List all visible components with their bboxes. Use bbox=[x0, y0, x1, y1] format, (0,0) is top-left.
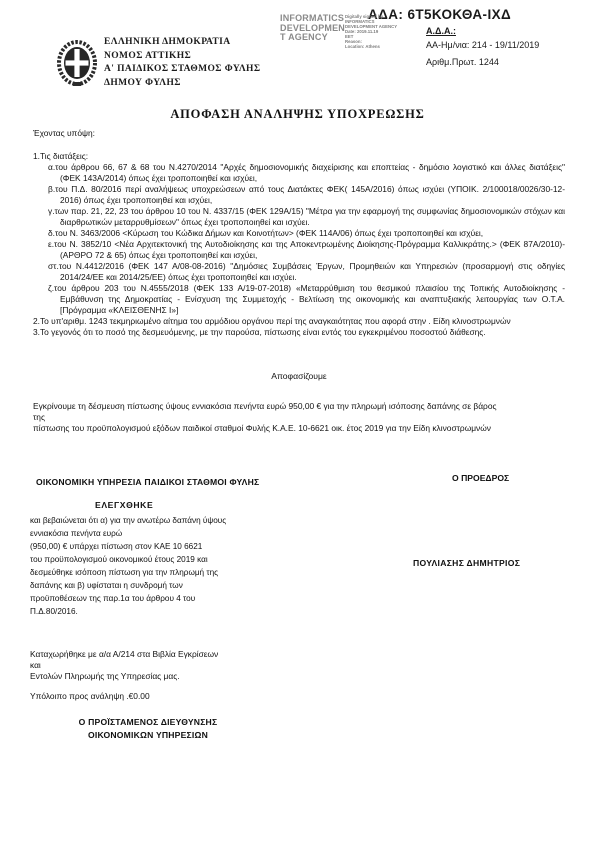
having-regard: Έχοντας υπόψη: bbox=[33, 128, 565, 139]
protocol-number: Αριθμ.Πρωτ. 1244 bbox=[426, 57, 539, 67]
finance-service-title: ΟΙΚΟΝΟΜΙΚΗ ΥΠΗΡΕΣΙΑ ΠΑΙΔΙΚΟΙ ΣΤΑΘΜΟΙ ΦΥΛ… bbox=[36, 477, 259, 487]
provision-item-b: β.του Π.Δ. 80/2016 περί αναλήψεως υποχρε… bbox=[48, 184, 565, 206]
provision-item-c: γ.των παρ. 21, 22, 23 του άρθρου 10 του … bbox=[48, 206, 565, 228]
decision-heading: Αποφασίζουμε bbox=[33, 371, 565, 382]
finance-director-title: Ο ΠΡΟΪΣΤΑΜΕΝΟΣ ΔΙΕΥΘΥΝΣΗΣ ΟΙΚΟΝΟΜΙΚΩΝ ΥΠ… bbox=[48, 716, 248, 742]
aa-date: ΑΑ-Ημ/νια: 214 - 19/11/2019 bbox=[426, 40, 539, 50]
digital-signature-stamp: INFORMATICS DEVELOPMEN T AGENCY Digitall… bbox=[280, 14, 410, 49]
greek-coat-of-arms-icon bbox=[56, 38, 98, 88]
justification-item-3: 3.Το γεγονός ότι το ποσό της δεσμευόμενη… bbox=[33, 327, 565, 338]
provision-item-st: στ.του Ν.4412/2016 (ΦΕΚ 147 Α/08-08-2016… bbox=[48, 261, 565, 283]
provision-item-e: ε.του Ν. 3852/10 <Νέα Αρχιτεκτονική της … bbox=[48, 239, 565, 261]
stamp-agency-text: INFORMATICS DEVELOPMEN T AGENCY bbox=[280, 14, 342, 43]
provisions-list: α.του άρθρου 66, 67 & 68 του Ν.4270/2014… bbox=[48, 162, 565, 316]
president-title: Ο ΠΡΟΕΔΡΟΣ bbox=[452, 473, 509, 483]
checked-statement: και βεβαιώνεται ότι α) για την ανωτέρω δ… bbox=[30, 514, 255, 618]
page-title: ΑΠΟΦΑΣΗ ΑΝΑΛΗΨΗΣ ΥΠΟΧΡΕΩΣΗΣ bbox=[0, 107, 595, 122]
remaining-balance: Υπόλοιπο προς ανάληψη .€0.00 bbox=[30, 691, 150, 701]
document-meta: Α.Δ.Α.: ΑΑ-Ημ/νια: 214 - 19/11/2019 Αριθ… bbox=[426, 26, 539, 67]
provisions-heading: 1.Τις διατάξεις: bbox=[33, 151, 565, 162]
registration-note: Καταχωρήθηκε με α/α Α/214 στα Βιβλία Εγκ… bbox=[30, 649, 310, 682]
provision-item-z: ζ.του άρθρου 203 του Ν.4555/2018 (ΦΕΚ 13… bbox=[48, 283, 565, 316]
president-name: ΠΟΥΛΙΑΣΗΣ ΔΗΜΗΤΡΙΟΣ bbox=[413, 558, 520, 568]
stamp-signature-text: Digitally signed by INFORMATICS DEVELOPM… bbox=[345, 14, 405, 49]
checked-heading: ΕΛΕΓΧΘΗΚΕ bbox=[95, 500, 153, 510]
ada-label: Α.Δ.Α.: bbox=[426, 26, 539, 36]
document-page: ΑΔΑ: 6Τ5ΚΟΚΘΑ-ΙΧΔ INFORMATICS DEVELOPMEN… bbox=[0, 0, 595, 842]
document-body: Έχοντας υπόψη: 1.Τις διατάξεις: α.του άρ… bbox=[33, 128, 565, 434]
provision-item-a: α.του άρθρου 66, 67 & 68 του Ν.4270/2014… bbox=[48, 162, 565, 184]
authority-block: ΕΛΛΗΝΙΚΗ ΔΗΜΟΚΡΑΤΙΑ ΝΟΜΟΣ ΑΤΤΙΚΗΣ Α' ΠΑΙ… bbox=[104, 36, 260, 90]
justification-item-2: 2.Το υπ'αριθμ. 1243 τεκμηριωμένο αίτημα … bbox=[33, 316, 565, 327]
decision-paragraph: Εγκρίνουμε τη δέσμευση πίστωσης ύψους εν… bbox=[33, 401, 565, 434]
provision-item-d: δ.του Ν. 3463/2006 <Κύρωση του Κώδικα Δή… bbox=[48, 228, 565, 239]
